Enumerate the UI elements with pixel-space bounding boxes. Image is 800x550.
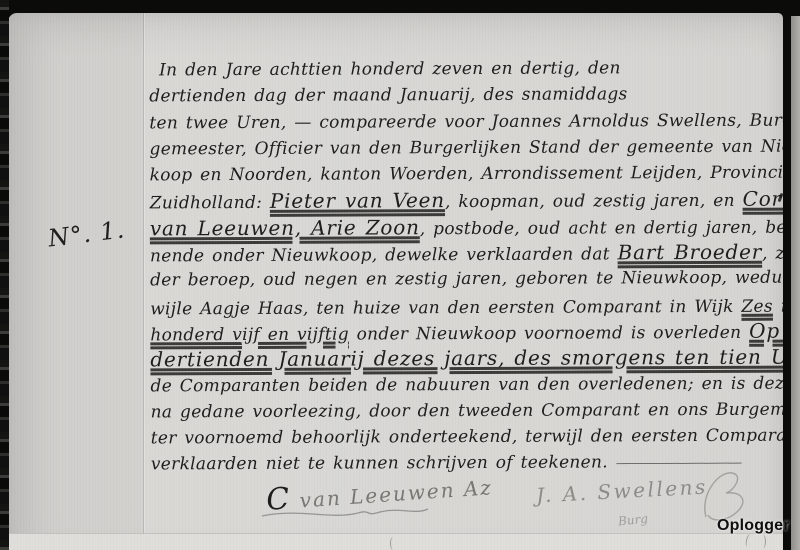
act-line: der beroep, oud negen en zestig jaren, g…	[150, 265, 783, 294]
handwriting-text: nende onder Nieuwkoop, dewelke verklaard…	[150, 244, 618, 266]
adjacent-page-edge	[791, 16, 800, 550]
register-page: N°. 1. In den Jare achttien honderd zeve…	[8, 13, 783, 550]
act-line: In den Jare achttien honderd zeven en de…	[149, 55, 783, 84]
act-line: na gedane voorleezing, door den tweeden …	[151, 396, 783, 425]
record-number: N°. 1.	[47, 215, 127, 252]
act-line: nende onder Nieuwkoop, dewelke verklaard…	[150, 239, 783, 268]
act-line: koop en Noorden, kanton Woerden, Arrondi…	[150, 160, 783, 189]
act-line: dertienden Januarij dezes jaars, des smo…	[150, 344, 783, 373]
emphasized-handwriting: Bart Broeder	[618, 240, 763, 265]
signature-swellens-subscript: Burg	[617, 511, 648, 528]
handwriting-text: nummer	[773, 296, 783, 316]
handwriting-text: ter voornoemd behoorlijk onderteekend, t…	[151, 426, 783, 449]
handwriting-text: gemeester, Officier van den Burgerlijken…	[149, 136, 783, 159]
signature-flourish-icon	[260, 505, 430, 521]
act-line: ten twee Uren, — compareerde voor Joanne…	[149, 107, 783, 136]
emphasized-handwriting: van Leeuwen, Arie Zoon	[150, 215, 420, 240]
handwriting-text: verklaarden niet te kunnen schrijven of …	[151, 453, 616, 475]
handwriting-text: dertienden dag der maand Januarij, des s…	[149, 85, 627, 107]
act-line: honderd vijf en vijftig onder Nieuwkoop …	[150, 318, 783, 347]
emphasized-handwriting: dertienden Januarij dezes jaars, des smo…	[150, 345, 783, 372]
emphasized-handwriting: Pieter van Veen	[270, 189, 445, 214]
handwriting-text: , postbode, oud acht en dertig jaren, be…	[420, 217, 783, 239]
signature-swellens: J. A. Swellens	[535, 475, 708, 508]
handwriting-text: der beroep, oud negen en zestig jaren, g…	[150, 268, 783, 291]
act-line: wijle Aagje Haas, ten huize van den eers…	[150, 291, 783, 320]
act-text: In den Jare achttien honderd zeven en de…	[149, 55, 783, 479]
scanned-register-document: N°. 1. In den Jare achttien honderd zeve…	[0, 0, 800, 550]
act-line: dertienden dag der maand Januarij, des s…	[149, 81, 783, 110]
scan-edge-left	[0, 0, 9, 550]
ink-mark	[390, 537, 396, 550]
handwriting-text: onder Nieuwkoop voornoemd is overleden	[349, 323, 749, 345]
act-line: Zuidholland: Pieter van Veen, koopman, o…	[150, 186, 783, 215]
watermark: Oplogger	[717, 517, 790, 535]
act-line: de Comparanten beiden de nabuuren van de…	[150, 370, 783, 399]
act-line: van Leeuwen, Arie Zoon, postbode, oud ac…	[150, 212, 783, 241]
handwriting-text: wijle Aagje Haas, ten huize van den eers…	[150, 296, 741, 319]
handwriting-text: ten twee Uren, — compareerde voor Joanne…	[149, 110, 783, 133]
handwriting-text: , koopman, oud zestig jaren, en	[445, 191, 743, 212]
page-margin-crease	[143, 13, 144, 550]
ink-mark	[760, 535, 766, 548]
emphasized-handwriting: Op heden den	[749, 318, 783, 343]
handwriting-text: de Comparanten beiden de nabuuren van de…	[150, 373, 783, 396]
handwriting-text: , zon-	[762, 244, 783, 264]
act-line: gemeester, Officier van den Burgerlijken…	[149, 133, 783, 162]
emphasized-handwriting: honderd vijf en vijftig	[150, 324, 349, 345]
handwriting-text: Zuidholland:	[150, 193, 270, 214]
act-line: ter voornoemd behoorlijk onderteekend, t…	[151, 423, 783, 452]
handwriting-text: na gedane voorleezing, door den tweeden …	[151, 399, 783, 422]
handwriting-text: In den Jare achttien honderd zeven en de…	[159, 58, 621, 80]
emphasized-handwriting: Zes	[741, 296, 773, 316]
emphasized-handwriting: Cornelis	[743, 187, 783, 211]
handwriting-text: koop en Noorden, kanton Woerden, Arrondi…	[150, 163, 783, 186]
